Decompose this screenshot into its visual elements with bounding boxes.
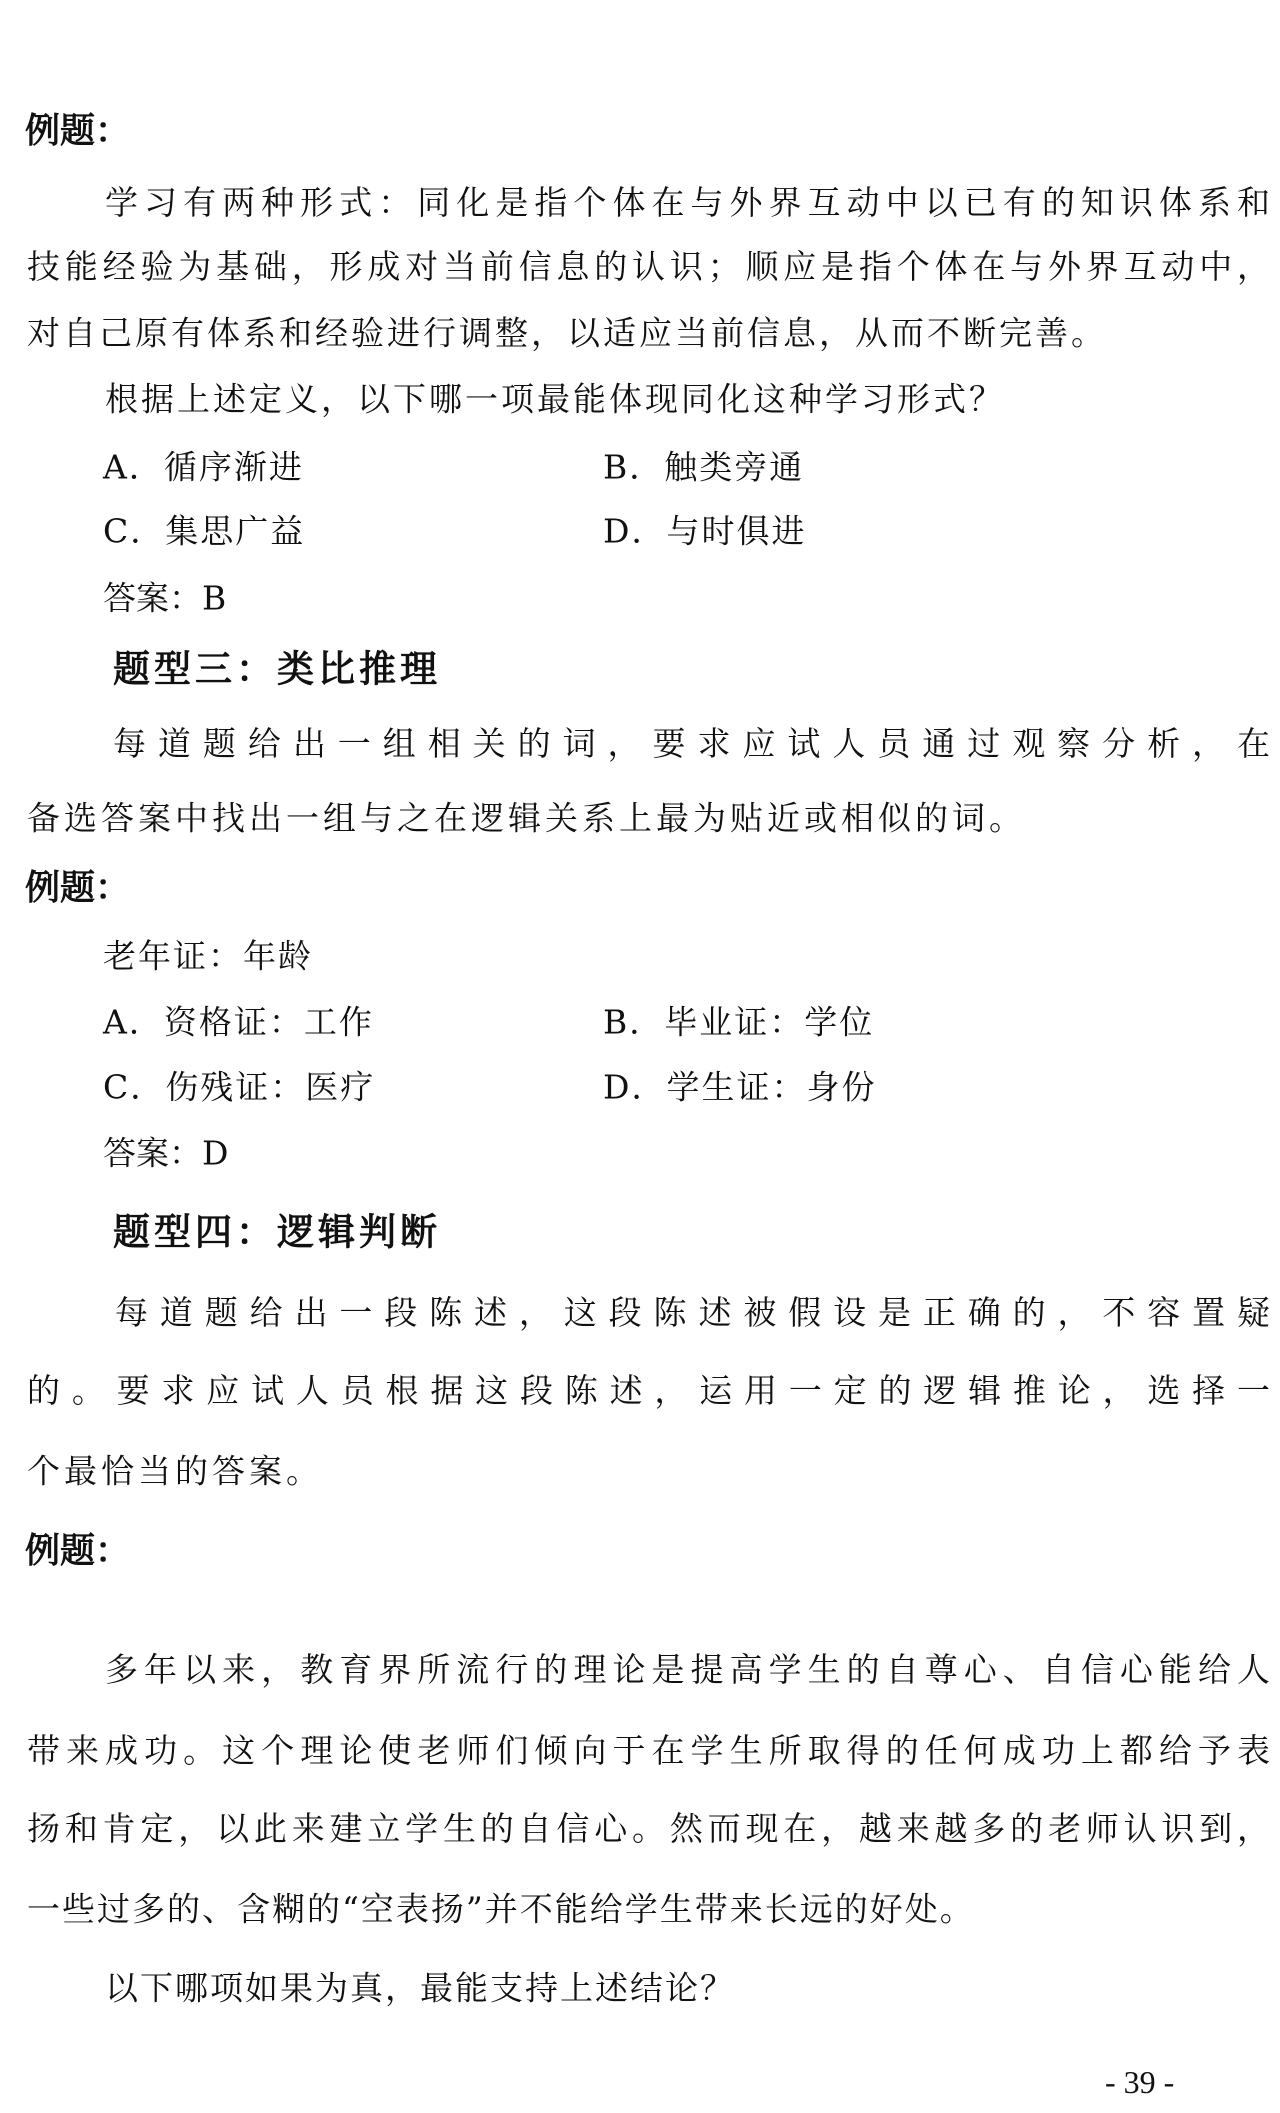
option-d: D．与时俱进 xyxy=(603,515,806,548)
description-line: 每道题给出一组相关的词，要求应试人员通过观察分析，在 xyxy=(113,726,1270,762)
section-heading: 题型四：逻辑判断 xyxy=(113,1214,441,1251)
description-line: 备选答案中找出一组与之在逻辑关系上最为贴近或相似的词。 xyxy=(27,802,1026,835)
example-label: 例题： xyxy=(25,1535,130,1570)
page-number: - 39 - xyxy=(1105,2066,1174,2098)
passage-line: 多年以来，教育界所流行的理论是提高学生的自尊心、自信心能给人 xyxy=(105,1652,1270,1688)
option-b: B．毕业证：学位 xyxy=(603,1006,874,1039)
example-label: 例题： xyxy=(25,115,130,150)
section-heading: 题型三：类比推理 xyxy=(113,651,441,688)
option-d: D．学生证：身份 xyxy=(603,1071,876,1104)
option-a: A．循序渐进 xyxy=(103,451,304,484)
question-text: 以下哪项如果为真，最能支持上述结论？ xyxy=(105,1972,735,2005)
passage-line: 技能经验为基础，形成对当前信息的认识；顺应是指个体在与外界互动中， xyxy=(27,249,1270,285)
passage-line: 带来成功。这个理论使老师们倾向于在学生所取得的任何成功上都给予表 xyxy=(27,1733,1270,1769)
option-b: B．触类旁通 xyxy=(603,451,804,484)
passage-line: 一些过多的、含糊的“空表扬”并不能给学生带来长远的好处。 xyxy=(27,1893,975,1926)
description-line: 个最恰当的答案。 xyxy=(27,1455,323,1488)
example-label: 例题： xyxy=(25,872,130,907)
option-c: C．伤残证：医疗 xyxy=(103,1071,375,1104)
passage-line: 对自己原有体系和经验进行调整，以适应当前信息，从而不断完善。 xyxy=(27,317,1107,350)
description-line: 的。要求应试人员根据这段陈述，运用一定的逻辑推论，选择一 xyxy=(27,1373,1270,1409)
passage-line: 学习有两种形式：同化是指个体在与外界互动中以已有的知识体系和 xyxy=(105,185,1270,221)
question-stem: 老年证：年龄 xyxy=(103,940,313,973)
passage-line: 扬和肯定，以此来建立学生的自信心。然而现在，越来越多的老师认识到， xyxy=(27,1811,1270,1847)
answer-text: 答案：D xyxy=(103,1137,228,1170)
answer-text: 答案：B xyxy=(103,582,226,615)
question-text: 根据上述定义，以下哪一项最能体现同化这种学习形式？ xyxy=(105,383,1005,416)
option-a: A．资格证：工作 xyxy=(103,1006,374,1039)
option-c: C．集思广益 xyxy=(103,515,305,548)
description-line: 每道题给出一段陈述，这段陈述被假设是正确的，不容置疑 xyxy=(115,1295,1270,1331)
